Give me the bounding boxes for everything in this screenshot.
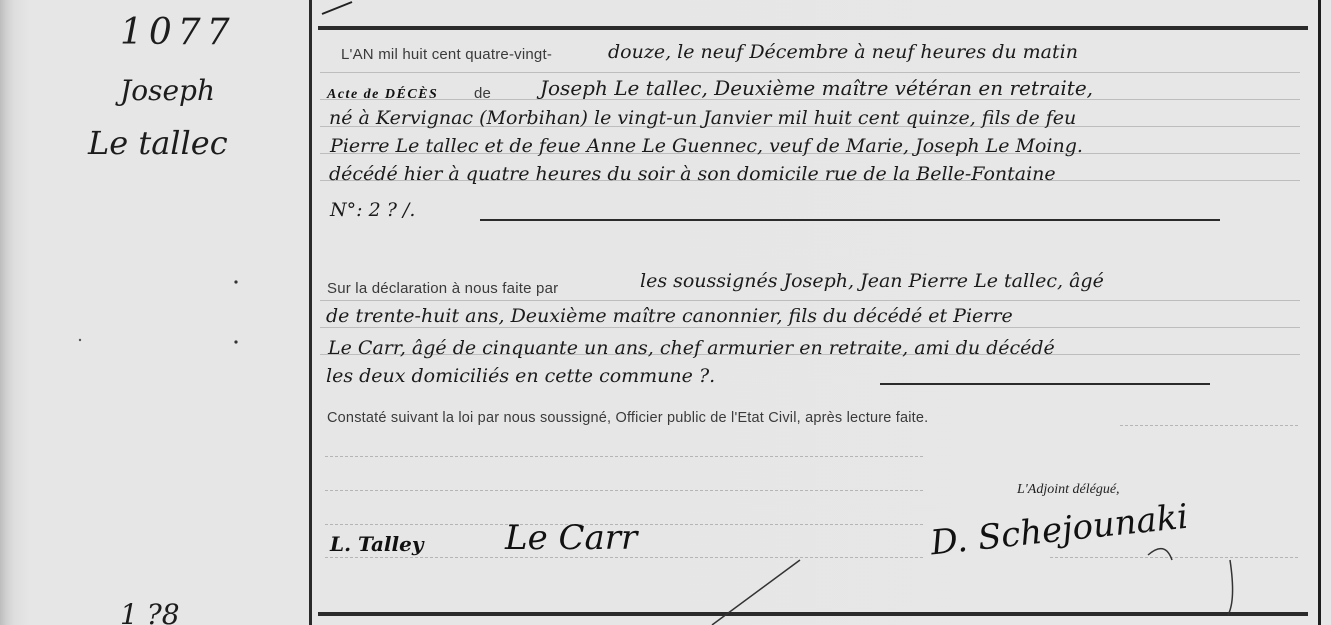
register-page: 1077 Joseph Le tallec 1 ?8 L'AN mil huit… bbox=[0, 0, 1331, 625]
pen-strokes bbox=[0, 0, 1331, 625]
